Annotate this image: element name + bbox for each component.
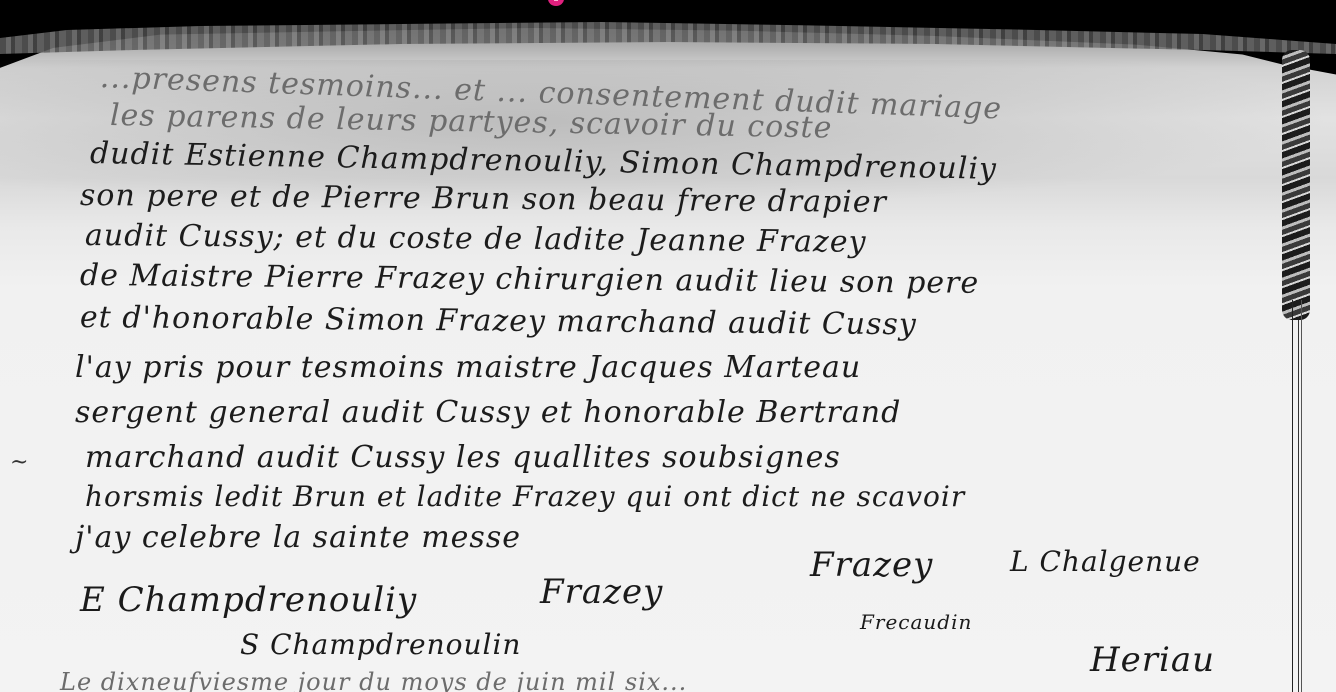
text-line-9: sergent general audit Cussy et honorable… [75,395,901,430]
text-line-12: j'ay celebre la sainte messe [75,520,521,555]
scanned-manuscript: ...presens tesmoins... et ... consenteme… [0,0,1336,692]
text-line-4: son pere et de Pierre Brun son beau frer… [80,178,887,220]
margin-rule [1298,320,1299,692]
binding-thread [1292,300,1302,692]
signature-frazey: Frazey [540,572,663,612]
text-line-5: audit Cussy; et du coste de ladite Jeann… [85,218,867,260]
text-line-11: horsmis ledit Brun et ladite Frazey qui … [85,480,965,513]
binding-stitch [1282,50,1310,320]
signature-frecaudin: Frecaudin [860,610,972,634]
margin-mark: ~ [10,450,28,475]
signature-chalgenue: L Chalgenue [1010,545,1201,578]
text-line-8: l'ay pris pour tesmoins maistre Jacques … [75,350,861,385]
footer-text-line: Le dixneufviesme jour du moys de juin mi… [60,668,687,692]
signature-heriau: Heriau [1090,640,1215,680]
signature-champdrenoulin: S Champdrenoulin [240,628,521,661]
text-line-7: et d'honorable Simon Frazey marchand aud… [80,300,917,342]
signature-champdrenouliy: E Champdrenouliy [80,580,417,620]
text-line-10: marchand audit Cussy les quallites soubs… [85,440,841,475]
signature-frazey-2: Frazey [810,545,933,585]
marker-dot-icon[interactable] [548,0,564,6]
